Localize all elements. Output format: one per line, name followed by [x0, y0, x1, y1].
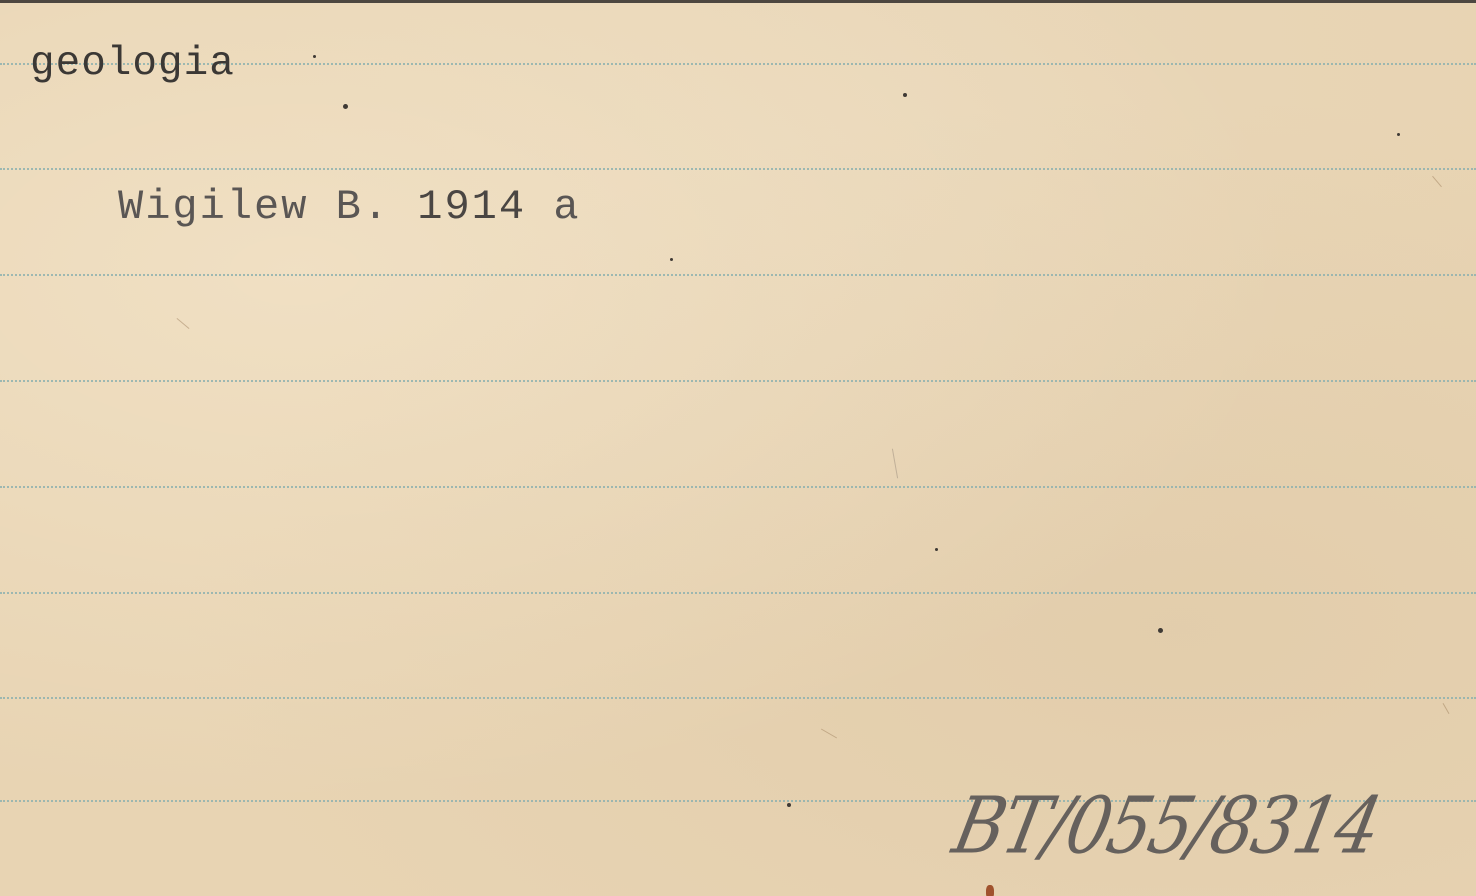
ink-speck [903, 93, 907, 97]
catalog-card: geologia Wigilew B. 1914 a BT/055/8314 [0, 0, 1476, 896]
ink-speck [670, 258, 673, 261]
handwritten-call-number: BT/055/8314 [946, 781, 1387, 872]
rust-stain [986, 885, 994, 896]
entry-suffix: a [553, 183, 580, 231]
ink-speck [343, 104, 348, 109]
ruled-line [0, 697, 1476, 699]
paper-fiber [177, 318, 190, 329]
ruled-line [0, 592, 1476, 594]
entry-year: 1914 [417, 183, 526, 231]
entry-author: Wigilew B. [118, 183, 390, 231]
ruled-line [0, 486, 1476, 488]
ruled-line [0, 380, 1476, 382]
paper-fiber [892, 449, 898, 479]
catalog-entry: Wigilew B. 1914 a [118, 183, 581, 231]
paper-fiber [1432, 176, 1442, 187]
ruled-line [0, 168, 1476, 170]
ink-speck [1397, 133, 1400, 136]
ink-speck [787, 803, 791, 807]
paper-fiber [1443, 703, 1450, 714]
paper-fiber [821, 729, 837, 739]
ink-speck [313, 55, 316, 58]
ink-speck [935, 548, 938, 551]
ink-speck [1158, 628, 1163, 633]
ruled-line [0, 274, 1476, 276]
subject-heading: geologia [30, 41, 235, 87]
